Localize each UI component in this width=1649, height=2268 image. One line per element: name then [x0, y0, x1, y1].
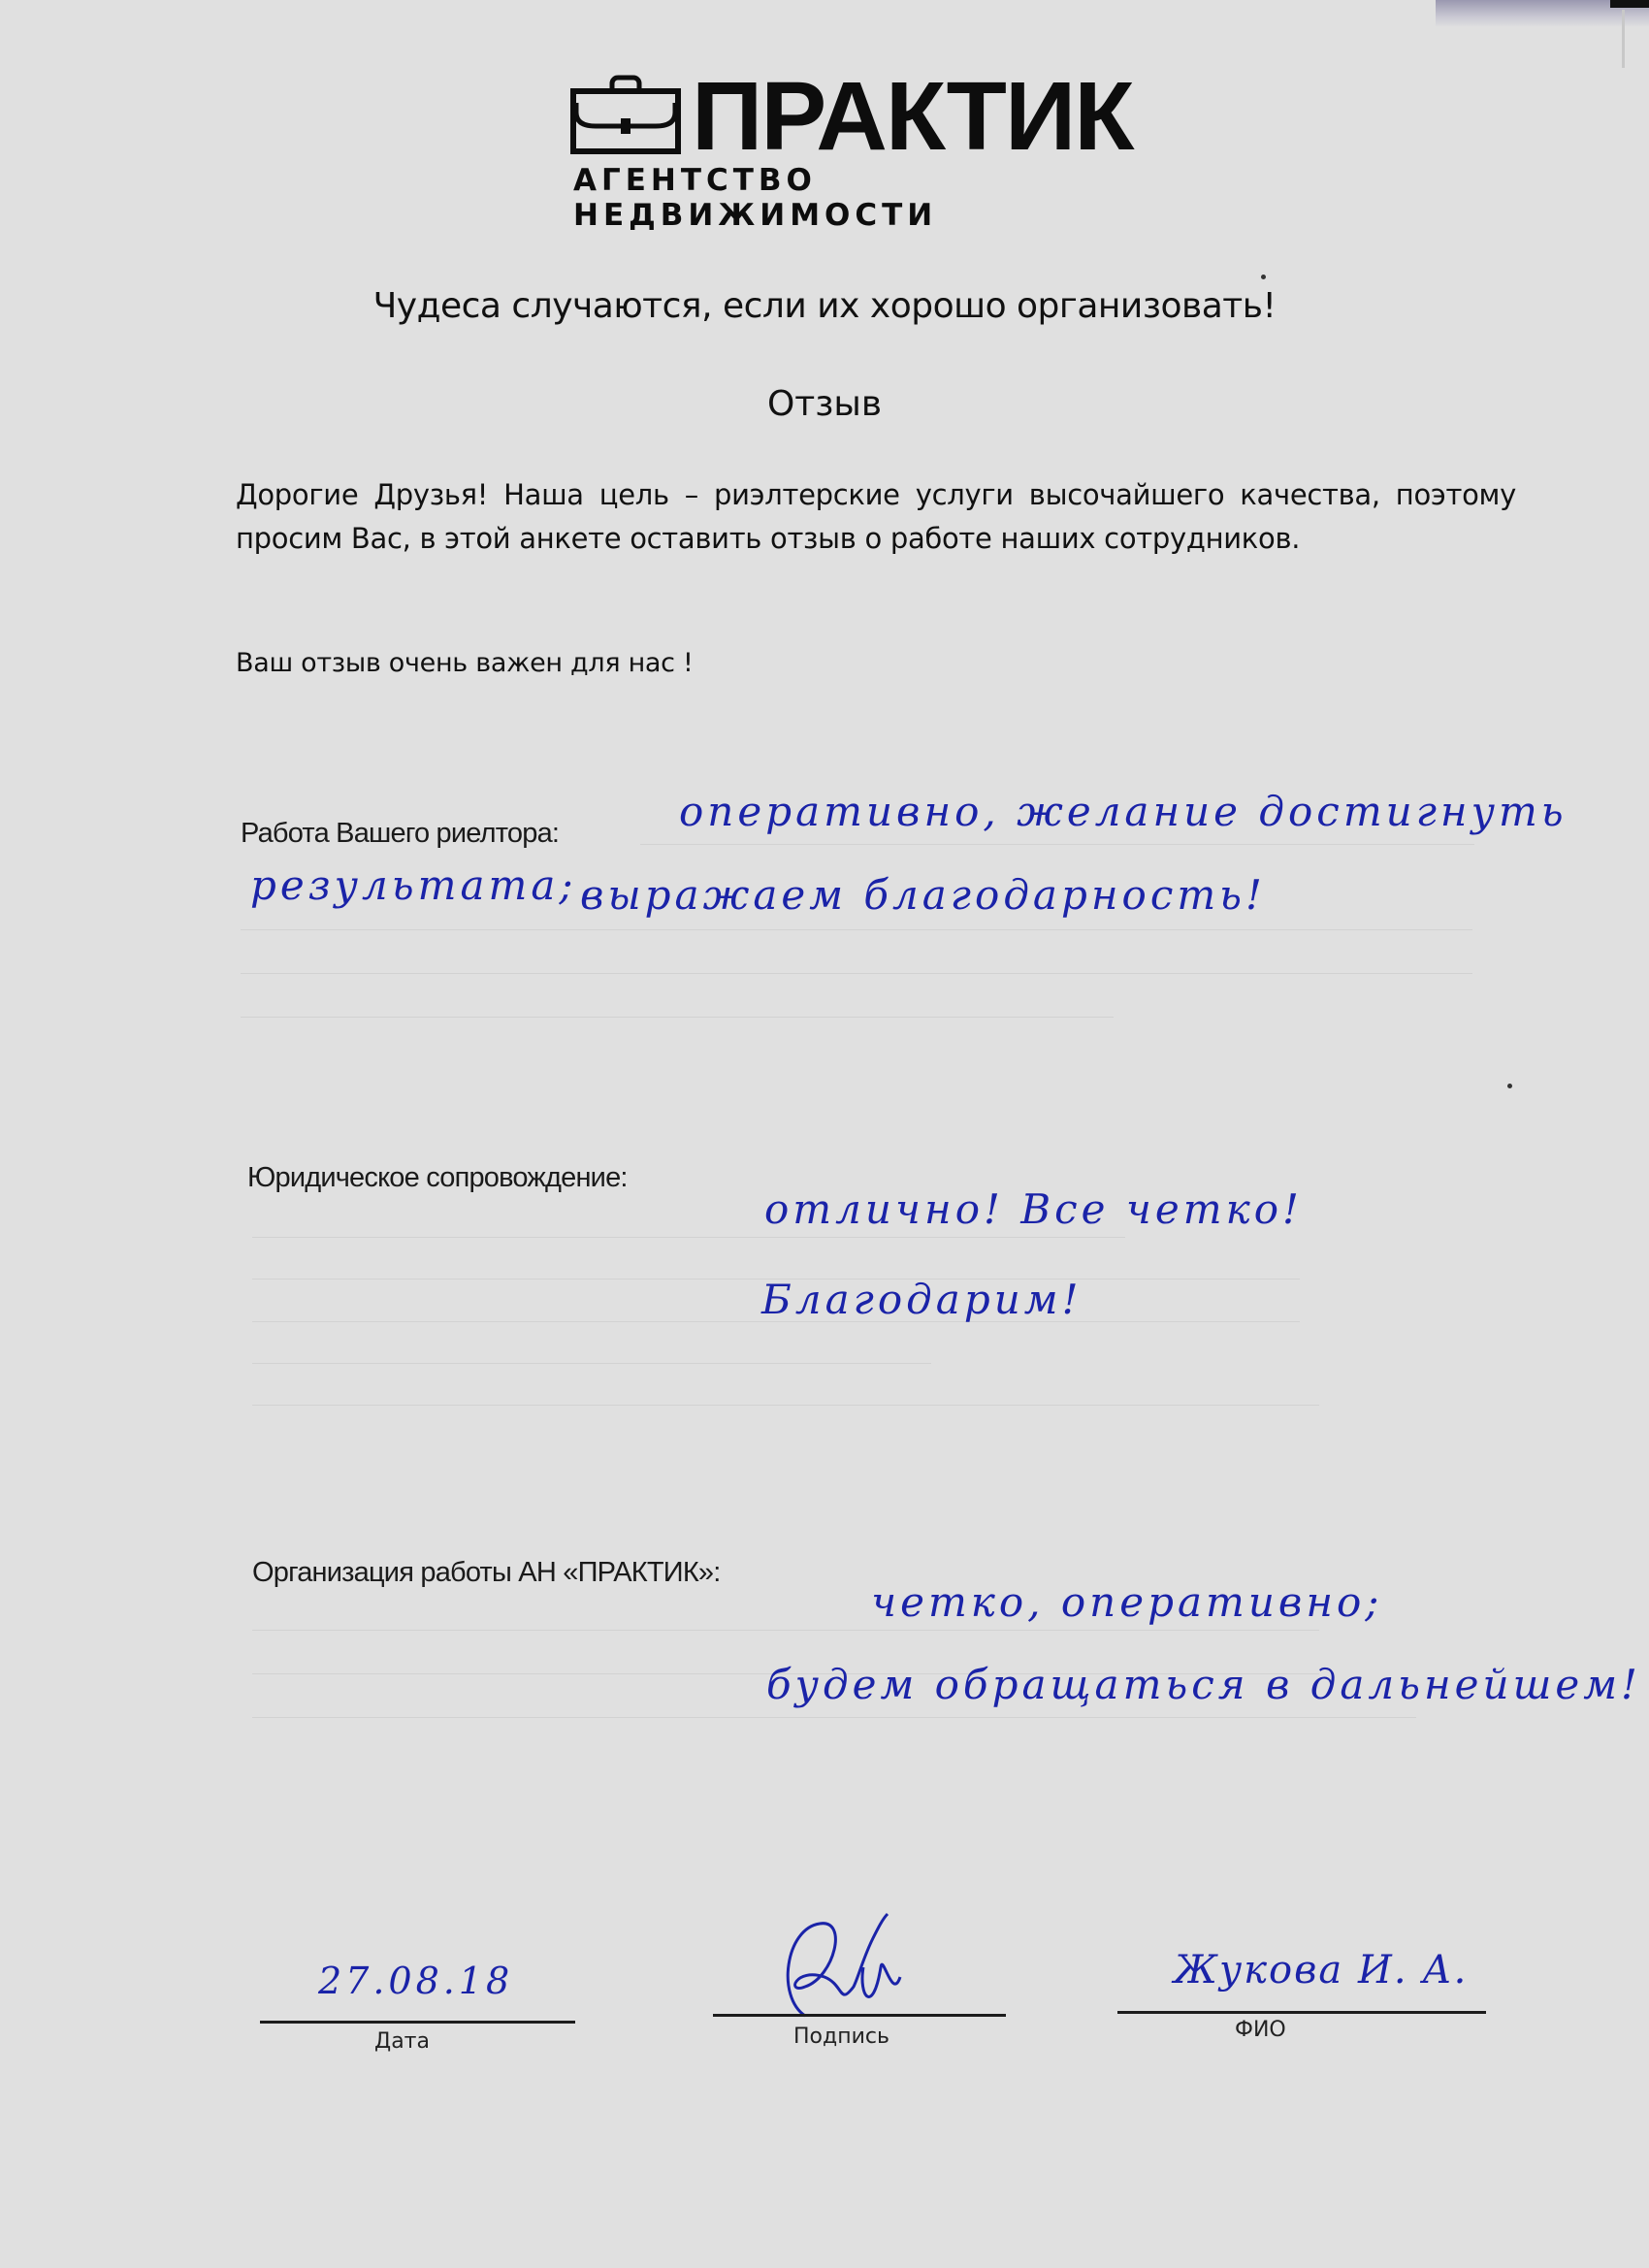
- brand-subtitle: АГЕНТСТВО НЕДВИЖИМОСТИ: [569, 163, 1171, 233]
- scan-speck: [1261, 275, 1266, 279]
- answer-line: [241, 973, 1472, 974]
- date-value: 27.08.18: [318, 1960, 513, 2002]
- intro-paragraph: Дорогие Друзья! Наша цель – риэлтерские …: [236, 473, 1516, 561]
- briefcase-icon: [569, 74, 684, 155]
- answer-line: [640, 844, 1474, 845]
- section-label-organization: Организация работы АН «ПРАКТИК»:: [252, 1557, 721, 1589]
- signature-line: [713, 2014, 1006, 2017]
- slogan: Чудеса случаются, если их хорошо организ…: [0, 286, 1649, 326]
- full-name-caption: ФИО: [1235, 2018, 1286, 2042]
- section-label-legal: Юридическое сопровождение:: [247, 1162, 628, 1194]
- handwritten-answer-organization-line2: будем обращаться в дальнейшем!: [766, 1661, 1641, 1708]
- scan-speck: [1507, 1084, 1512, 1088]
- answer-line: [252, 1363, 931, 1364]
- section-label-realtor: Работа Вашего риелтора:: [241, 818, 559, 850]
- answer-line: [252, 1405, 1319, 1406]
- handwritten-answer-legal-line2: Благодарим!: [761, 1276, 1082, 1323]
- full-name-value: Жукова И. А.: [1174, 1948, 1468, 1993]
- date-line: [260, 2021, 575, 2024]
- page-title: Отзыв: [0, 384, 1649, 424]
- answer-line: [241, 1017, 1114, 1018]
- signature-caption: Подпись: [793, 2025, 889, 2049]
- brand-name: ПРАКТИК: [692, 78, 1132, 155]
- handwritten-answer-realtor-line3: выражаем благодарность!: [580, 871, 1266, 919]
- answer-line: [252, 1630, 1319, 1631]
- full-name-line: [1117, 2011, 1486, 2014]
- handwritten-answer-legal-line1: отлично! Все четко!: [764, 1185, 1303, 1233]
- answer-line: [241, 929, 1472, 930]
- handwritten-answer-organization-line1: четко, оперативно;: [871, 1578, 1382, 1626]
- scan-edge-line: [1622, 10, 1625, 68]
- handwritten-answer-realtor-line1: оперативно, желание достигнуть: [679, 788, 1568, 835]
- scan-corner-mark: [1610, 0, 1649, 8]
- answer-line: [252, 1237, 1125, 1238]
- intro-note: Ваш отзыв очень важен для нас !: [236, 648, 694, 678]
- handwritten-answer-realtor-line2: результата;: [250, 861, 577, 909]
- company-logo: ПРАКТИК АГЕНТСТВО НЕДВИЖИМОСТИ: [569, 74, 1171, 200]
- answer-line: [252, 1717, 1416, 1718]
- date-caption: Дата: [374, 2029, 430, 2054]
